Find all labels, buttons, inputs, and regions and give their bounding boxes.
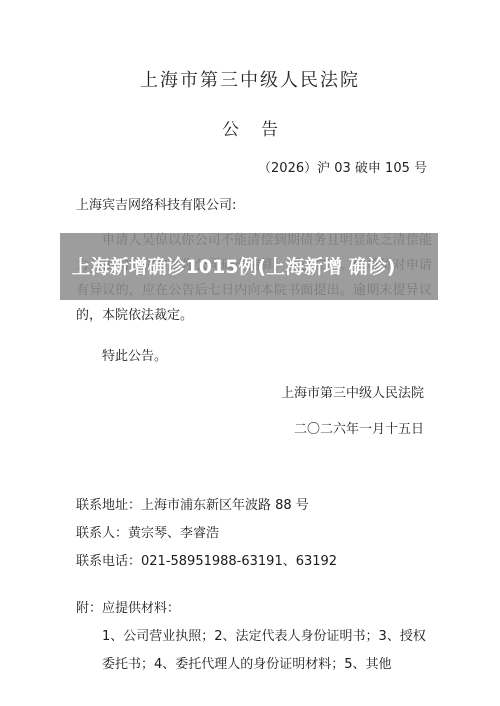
overlay-title-banner: 上海新增确诊1015例(上海新增 确诊): [60, 233, 438, 300]
attachments-items: 1、公司营业执照；2、法定代表人身份证明书；3、授权委托书；4、委托代理人的身份…: [76, 623, 432, 679]
signature-date: 二〇二六年一月十五日: [294, 418, 424, 437]
contact-phone: 联系电话：021-58951988-63191、63192: [76, 548, 337, 576]
attachments-heading: 附：应提供材料：: [76, 595, 432, 623]
contact-info: 联系地址：上海市浦东新区年波路 88 号 联系人：黄宗琴、李睿浩 联系电话：02…: [76, 492, 337, 576]
signature-court: 上海市第三中级人民法院: [281, 382, 424, 401]
court-title: 上海市第三中级人民法院: [0, 66, 500, 92]
notice-title: 公告: [0, 115, 500, 140]
contact-persons: 联系人：黄宗琴、李睿浩: [76, 520, 337, 548]
case-number: （2026）沪 03 破申 105 号: [258, 157, 427, 176]
contact-address: 联系地址：上海市浦东新区年波路 88 号: [76, 492, 337, 520]
addressee: 上海宾吉网络科技有限公司:: [76, 194, 236, 213]
notice-document: 上海市第三中级人民法院 公告 （2026）沪 03 破申 105 号 上海宾吉网…: [0, 0, 500, 706]
closing-remark: 特此公告。: [102, 345, 167, 364]
attachments: 附：应提供材料： 1、公司营业执照；2、法定代表人身份证明书；3、授权委托书；4…: [76, 595, 432, 679]
banner-title: 上海新增确诊1015例(上海新增 确诊): [14, 255, 454, 279]
